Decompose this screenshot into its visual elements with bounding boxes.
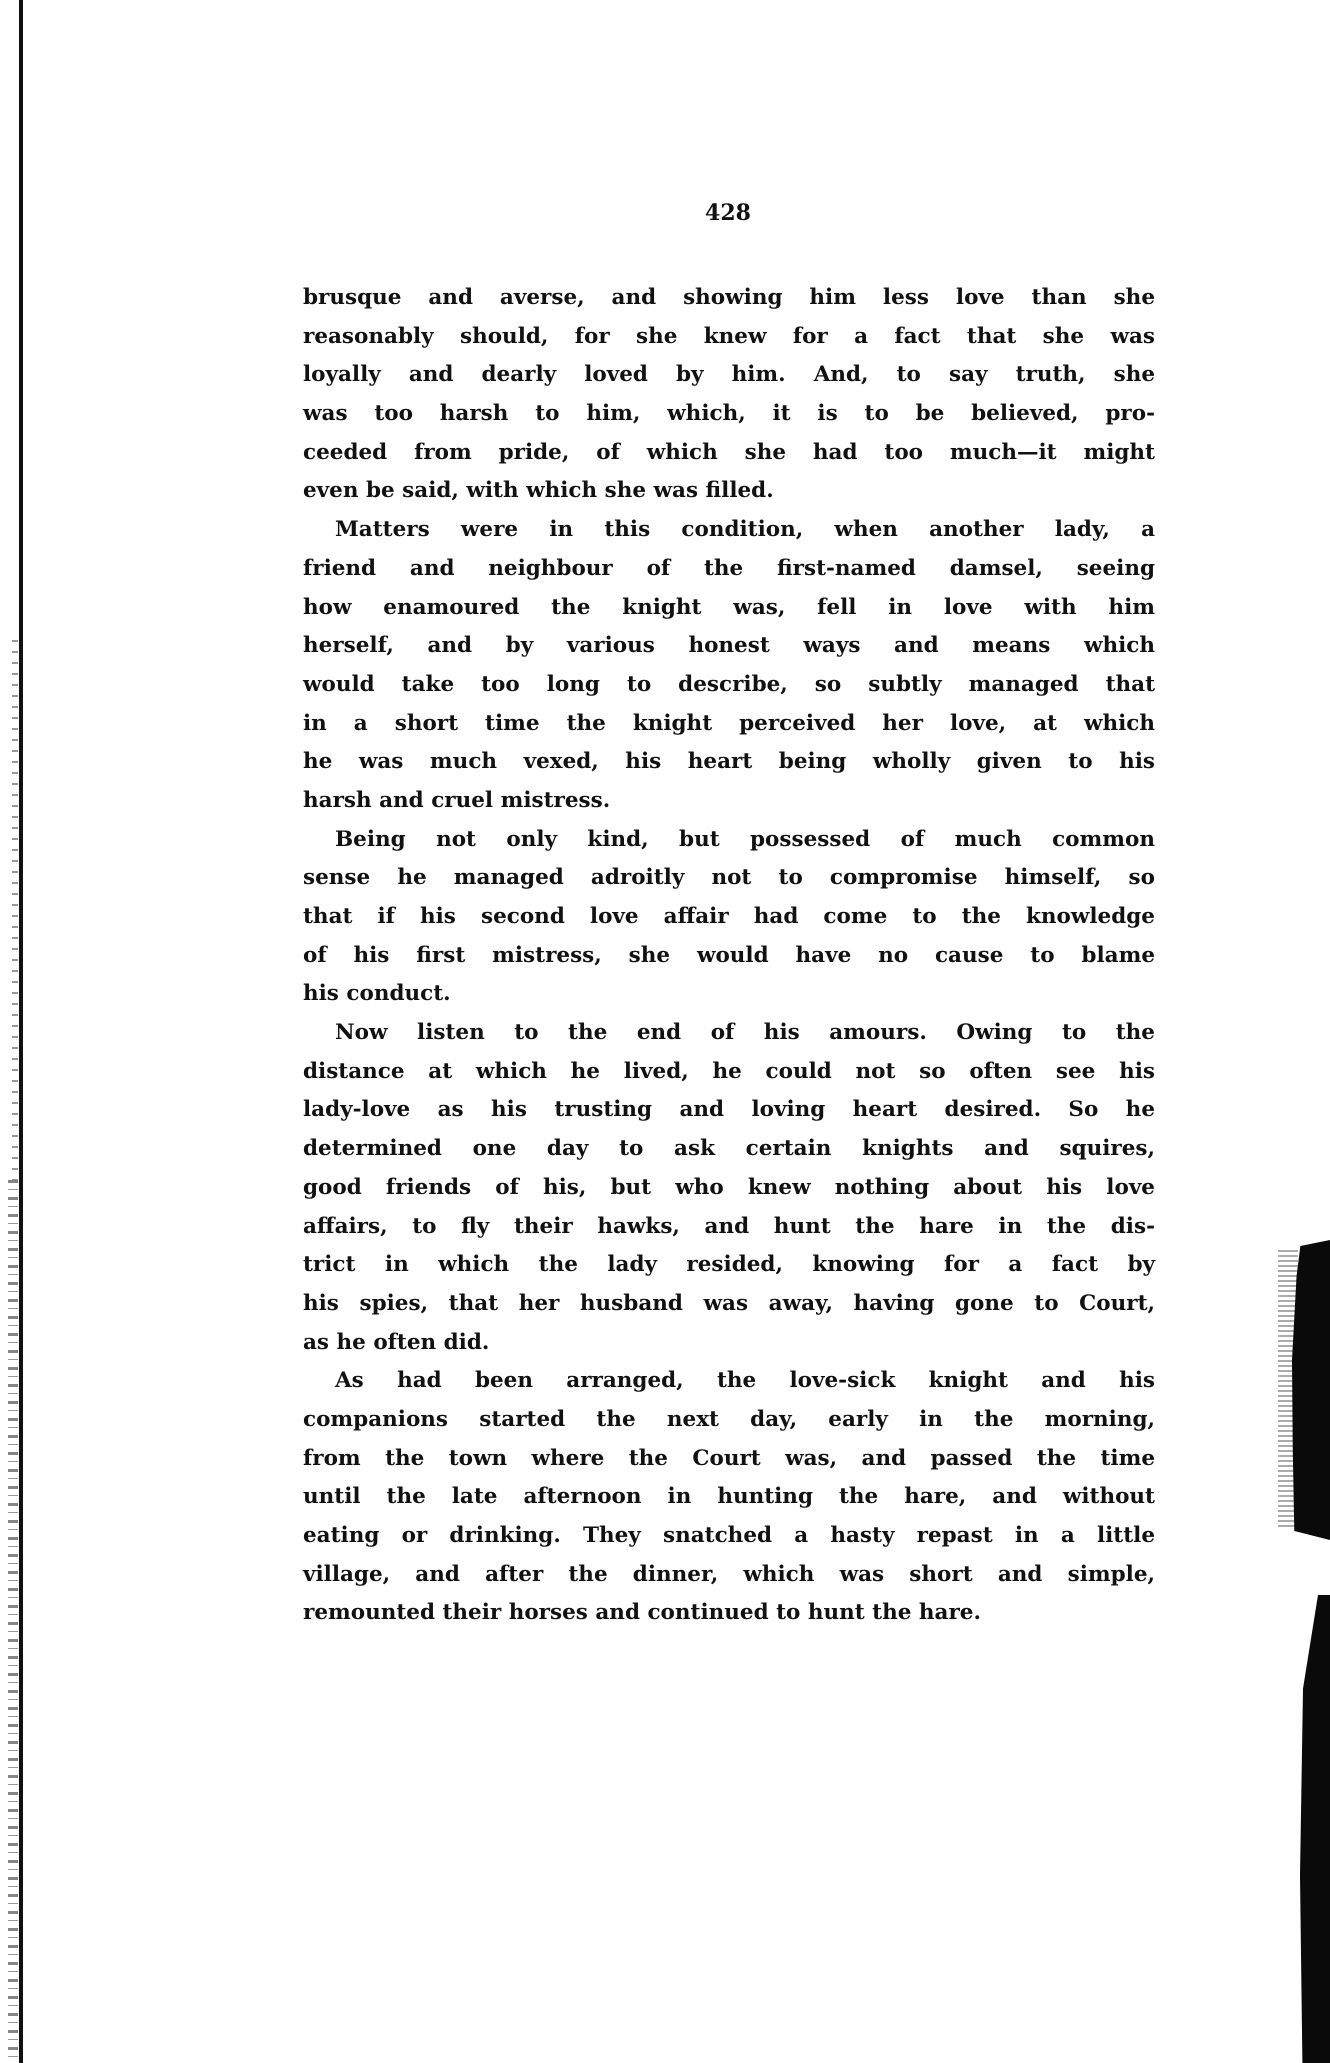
text-line: remounted their horses and continued to … bbox=[303, 1594, 1155, 1633]
scanned-page: 428 brusque and averse, and showing him … bbox=[0, 0, 1330, 2063]
page-number: 428 bbox=[0, 200, 1330, 226]
text-line: was too harsh to him, which, it is to be… bbox=[303, 395, 1155, 434]
scan-edge-right-shadow bbox=[1292, 1240, 1330, 1540]
text-line: his conduct. bbox=[303, 975, 1155, 1014]
text-line: Now listen to the end of his amours. Owi… bbox=[303, 1014, 1155, 1053]
text-line: how enamoured the knight was, fell in lo… bbox=[303, 589, 1155, 628]
text-line: brusque and averse, and showing him less… bbox=[303, 279, 1155, 318]
paragraph: Now listen to the end of his amours. Owi… bbox=[303, 1014, 1155, 1362]
paragraph: As had been arranged, the love-sick knig… bbox=[303, 1362, 1155, 1633]
text-line: good friends of his, but who knew nothin… bbox=[303, 1169, 1155, 1208]
text-line: eating or drinking. They snatched a hast… bbox=[303, 1517, 1155, 1556]
text-line: until the late afternoon in hunting the … bbox=[303, 1478, 1155, 1517]
text-line: village, and after the dinner, which was… bbox=[303, 1556, 1155, 1595]
text-line: loyally and dearly loved by him. And, to… bbox=[303, 356, 1155, 395]
text-line: in a short time the knight perceived her… bbox=[303, 705, 1155, 744]
text-line: reasonably should, for she knew for a fa… bbox=[303, 318, 1155, 357]
text-line: sense he managed adroitly not to comprom… bbox=[303, 859, 1155, 898]
text-line: companions started the next day, early i… bbox=[303, 1401, 1155, 1440]
scan-edge-left bbox=[19, 0, 23, 2063]
text-line: from the town where the Court was, and p… bbox=[303, 1440, 1155, 1479]
paragraph: Being not only kind, but possessed of mu… bbox=[303, 821, 1155, 1014]
text-line: trict in which the lady resided, knowing… bbox=[303, 1246, 1155, 1285]
body-text: brusque and averse, and showing him less… bbox=[303, 279, 1155, 1633]
text-line: Matters were in this condition, when ano… bbox=[303, 511, 1155, 550]
text-line: distance at which he lived, he could not… bbox=[303, 1053, 1155, 1092]
text-line: as he often did. bbox=[303, 1324, 1155, 1363]
text-line: friend and neighbour of the first-named … bbox=[303, 550, 1155, 589]
text-line: would take too long to describe, so subt… bbox=[303, 666, 1155, 705]
text-line: As had been arranged, the love-sick knig… bbox=[303, 1362, 1155, 1401]
text-line: even be said, with which she was filled. bbox=[303, 472, 1155, 511]
text-line: Being not only kind, but possessed of mu… bbox=[303, 821, 1155, 860]
text-line: his spies, that her husband was away, ha… bbox=[303, 1285, 1155, 1324]
text-line: lady-love as his trusting and loving hea… bbox=[303, 1091, 1155, 1130]
text-line: that if his second love affair had come … bbox=[303, 898, 1155, 937]
scan-edge-left-noise bbox=[12, 640, 18, 1180]
paragraph: brusque and averse, and showing him less… bbox=[303, 279, 1155, 511]
scan-edge-left-noise bbox=[8, 1180, 18, 2063]
text-line: determined one day to ask certain knight… bbox=[303, 1130, 1155, 1169]
text-line: affairs, to fly their hawks, and hunt th… bbox=[303, 1208, 1155, 1247]
text-line: herself, and by various honest ways and … bbox=[303, 627, 1155, 666]
text-line: harsh and cruel mistress. bbox=[303, 782, 1155, 821]
text-line: ceeded from pride, of which she had too … bbox=[303, 434, 1155, 473]
paragraph: Matters were in this condition, when ano… bbox=[303, 511, 1155, 821]
text-line: he was much vexed, his heart being wholl… bbox=[303, 743, 1155, 782]
scan-edge-right-shadow bbox=[1300, 1595, 1330, 2063]
text-line: of his first mistress, she would have no… bbox=[303, 937, 1155, 976]
